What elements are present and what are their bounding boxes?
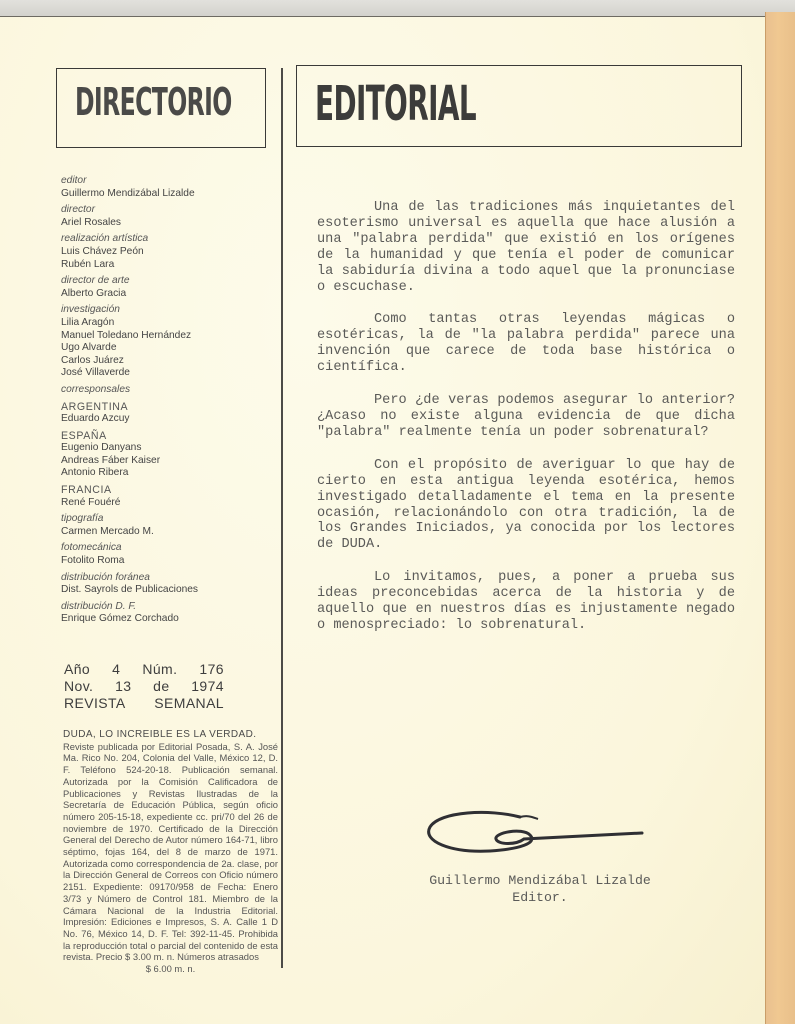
staff-group: editorGuillermo Mendizábal Lizalde [61, 175, 276, 200]
year: 1974 [191, 678, 224, 695]
year-label: Año [64, 661, 90, 678]
issue-row-number: Año 4 Núm. 176 [64, 661, 224, 678]
role-label: realización artística [61, 233, 276, 246]
staff-name: Fotolito Roma [61, 555, 276, 568]
staff-name: Enrique Gómez Corchado [61, 613, 276, 626]
role-label: fotomecánica [61, 542, 276, 555]
directorio-header-box: DIRECTORIO [56, 68, 266, 148]
editorial-paragraph: Pero ¿de veras podemos asegurar lo anter… [317, 393, 735, 441]
role-label: distribución D. F. [61, 601, 276, 614]
staff-group: FRANCIARené Fouéré [61, 484, 276, 509]
staff-name: Dist. Sayrols de Publicaciones [61, 584, 276, 597]
staff-name: Carlos Juárez [61, 355, 276, 368]
editorial-body: Una de las tradiciones más inquietantes … [317, 200, 735, 651]
staff-name: Carmen Mercado M. [61, 526, 276, 539]
role-label: tipografía [61, 513, 276, 526]
staff-group: ESPAÑAEugenio DanyansAndreas Fáber Kaise… [61, 430, 276, 480]
staff-name: René Fouéré [61, 497, 276, 510]
staff-name: Eugenio Danyans [61, 442, 276, 455]
country-label: ESPAÑA [61, 430, 276, 443]
staff-name: Antonio Ribera [61, 467, 276, 480]
staff-group: distribución foráneaDist. Sayrols de Pub… [61, 572, 276, 597]
staff-group: director de arteAlberto Gracia [61, 275, 276, 300]
staff-group: tipografíaCarmen Mercado M. [61, 513, 276, 538]
country-label: FRANCIA [61, 484, 276, 497]
editorial-title: EDITORIAL [315, 80, 476, 128]
staff-group: ARGENTINAEduardo Azcuy [61, 401, 276, 426]
legal-body: Reviste publicada por Editorial Posada, … [63, 741, 278, 963]
issue-row-frequency: REVISTA SEMANAL [64, 695, 224, 712]
role-label: investigación [61, 304, 276, 317]
staff-group: realización artísticaLuis Chávez PeónRub… [61, 233, 276, 271]
legal-heading: DUDA, LO INCREIBLE ES LA VERDAD. [63, 729, 278, 741]
year-value: 4 [112, 661, 120, 678]
number-label: Núm. [142, 661, 177, 678]
column-divider [281, 68, 283, 968]
staff-name: Luis Chávez Peón [61, 246, 276, 259]
staff-group: corresponsales [61, 384, 276, 397]
country-label: ARGENTINA [61, 401, 276, 414]
editorial-header-box: EDITORIAL [296, 65, 742, 147]
staff-name: Alberto Gracia [61, 288, 276, 301]
issue-row-date: Nov. 13 de 1974 [64, 678, 224, 695]
staff-name: Rubén Lara [61, 259, 276, 272]
editorial-paragraph: Con el propósito de averiguar lo que hay… [317, 458, 735, 553]
editorial-paragraph: Lo invitamos, pues, a poner a prueba sus… [317, 570, 735, 634]
staff-name: Ugo Alvarde [61, 342, 276, 355]
staff-group: fotomecánicaFotolito Roma [61, 542, 276, 567]
staff-name: Manuel Toledano Hernández [61, 330, 276, 343]
revista-label: REVISTA [64, 695, 126, 712]
signer-title: Editor. [380, 889, 700, 906]
role-label: director de arte [61, 275, 276, 288]
semanal-label: SEMANAL [154, 695, 224, 712]
signature-block: Guillermo Mendizábal Lizalde Editor. [380, 872, 700, 906]
legal-notice: DUDA, LO INCREIBLE ES LA VERDAD. Reviste… [63, 729, 278, 975]
month: Nov. [64, 678, 93, 695]
signature-icon [420, 805, 650, 865]
role-label: distribución foránea [61, 572, 276, 585]
directorio-title: DIRECTORIO [75, 83, 232, 121]
editorial-paragraph: Como tantas otras leyendas mágicas o eso… [317, 312, 735, 376]
staff-name: Guillermo Mendizábal Lizalde [61, 188, 276, 201]
role-label: editor [61, 175, 276, 188]
number-value: 176 [199, 661, 224, 678]
staff-group: directorAriel Rosales [61, 204, 276, 229]
role-label: corresponsales [61, 384, 276, 397]
staff-name: Andreas Fáber Kaiser [61, 455, 276, 468]
page-edge [765, 12, 795, 1024]
issue-info: Año 4 Núm. 176 Nov. 13 de 1974 REVISTA S… [64, 661, 224, 712]
staff-group: investigaciónLilia AragónManuel Toledano… [61, 304, 276, 380]
staff-name: Eduardo Azcuy [61, 413, 276, 426]
de: de [153, 678, 169, 695]
staff-list: editorGuillermo Mendizábal Lizaldedirect… [61, 175, 276, 630]
signer-name: Guillermo Mendizábal Lizalde [380, 872, 700, 889]
staff-name: Ariel Rosales [61, 217, 276, 230]
scan-top-strip [0, 0, 795, 17]
staff-group: distribución D. F.Enrique Gómez Corchado [61, 601, 276, 626]
day: 13 [115, 678, 131, 695]
role-label: director [61, 204, 276, 217]
staff-name: José Villaverde [61, 367, 276, 380]
editorial-paragraph: Una de las tradiciones más inquietantes … [317, 200, 735, 295]
back-issue-price: $ 6.00 m. n. [63, 963, 278, 975]
staff-name: Lilia Aragón [61, 317, 276, 330]
